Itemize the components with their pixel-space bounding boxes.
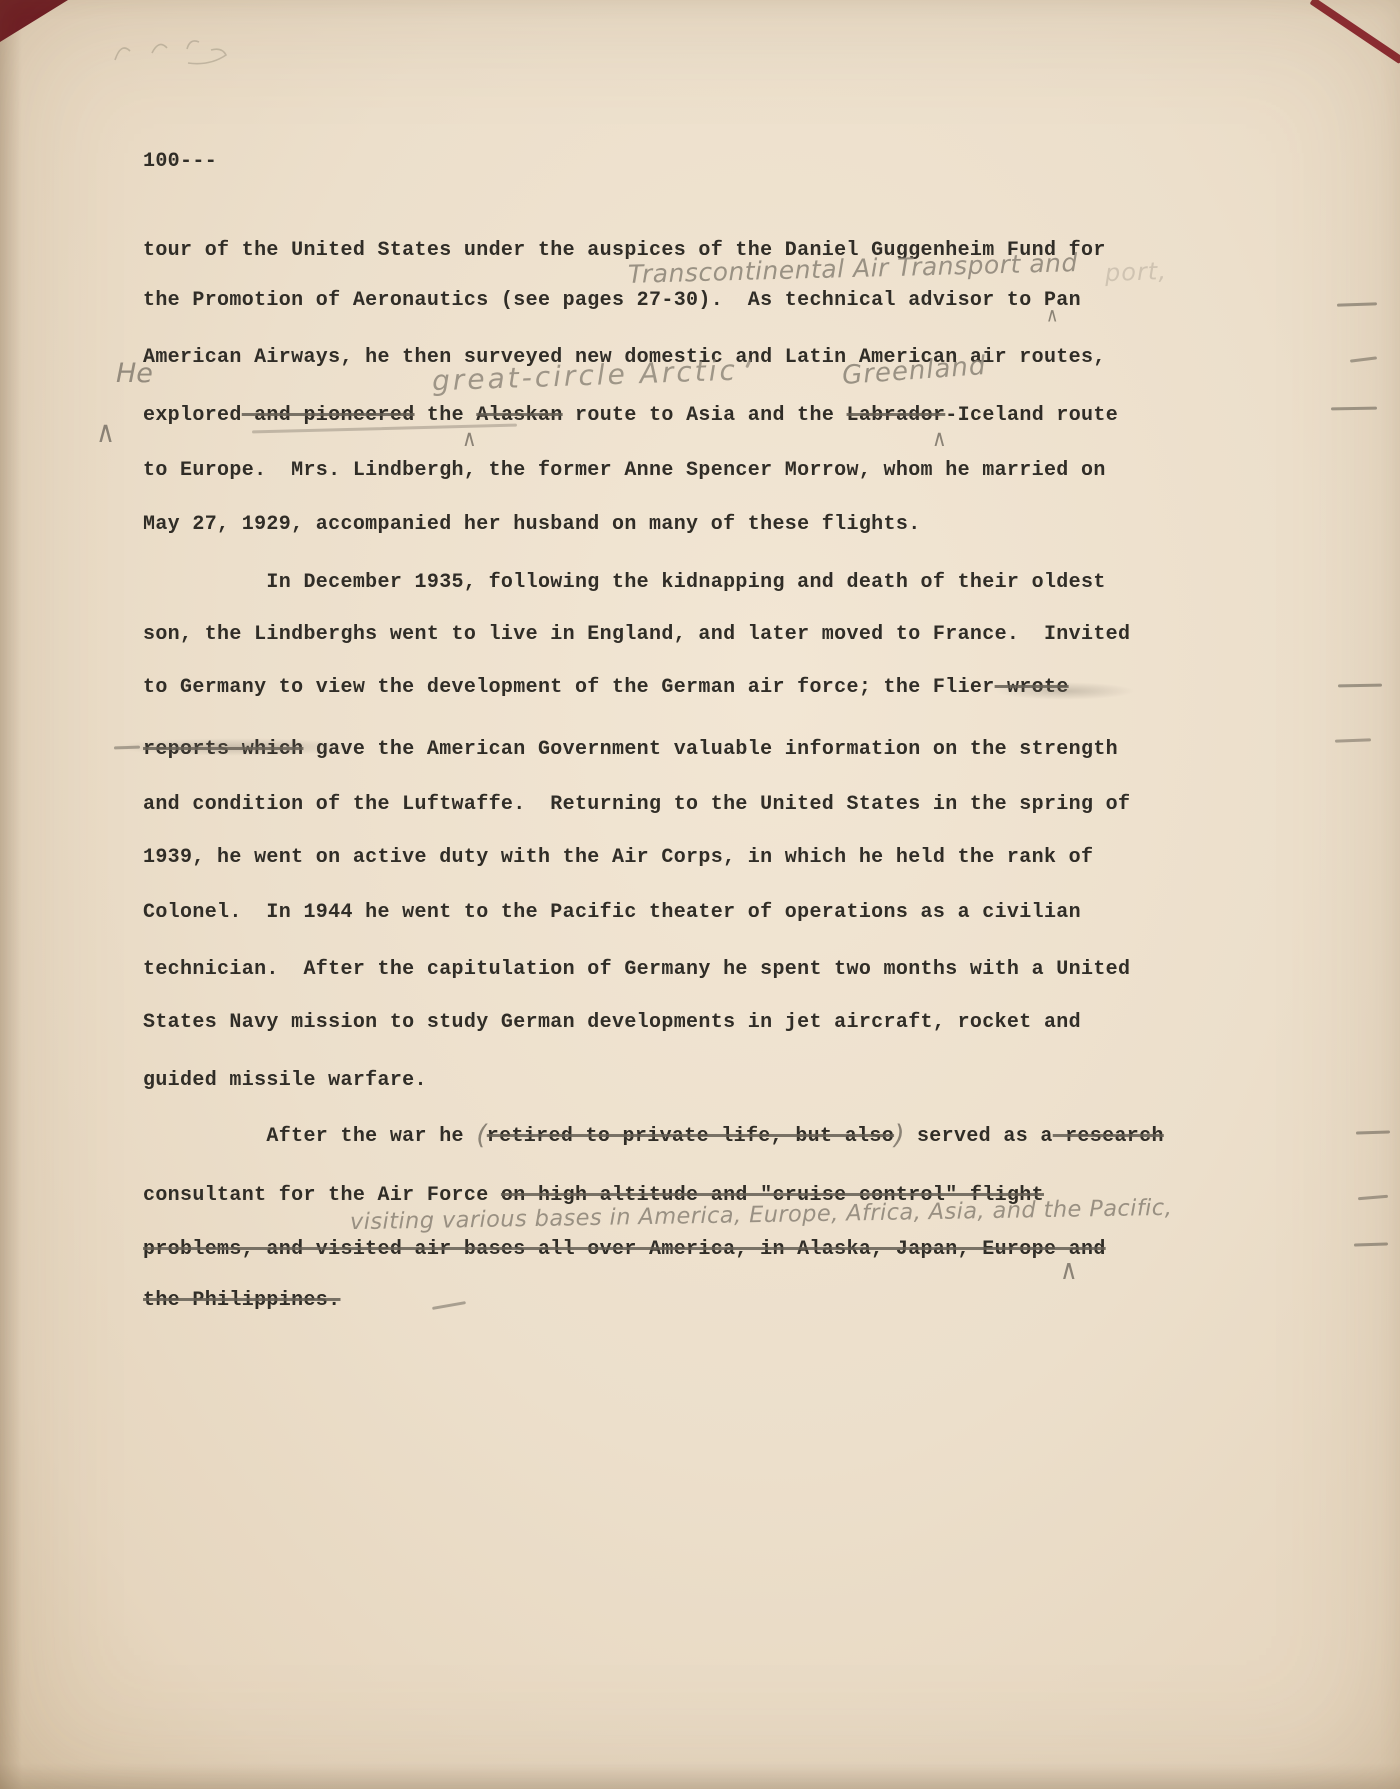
eraser-smudge [112,738,362,756]
typed-line: problems, and visited air bases all over… [143,1237,1106,1263]
typed-text: After the war he [143,1125,476,1148]
typed-text: son, the Lindberghs went to live in Engl… [143,623,1130,646]
insertion-caret: ∧ [462,427,477,450]
pencil-dash-mark [1338,684,1382,688]
typed-text: explored [143,404,242,427]
typed-line: guided missile warfare. [143,1068,427,1094]
album-corner-top-right [1310,0,1400,64]
insertion-caret: ∧ [932,427,947,450]
pencil-parenthesis: ( [476,1120,487,1151]
typed-line: In December 1935, following the kidnappi… [143,570,1106,596]
page-left-shadow [0,0,22,1789]
handwritten-annotation: port, [1105,259,1168,285]
page-number: 100--- [143,150,217,173]
handwritten-annotation: great-circle Arctic [432,357,739,396]
insertion-caret: ∧ [96,418,115,448]
typed-line: the Promotion of Aeronautics (see pages … [143,288,1081,314]
pencil-dash-mark [1358,1195,1388,1201]
typed-text: gave the American Government valuable in… [303,738,1118,761]
typed-text: -Iceland route [945,404,1118,427]
typed-text: In December 1935, following the kidnappi… [143,571,1106,594]
typed-text: and condition of the Luftwaffe. Returnin… [143,793,1130,816]
typed-line: Colonel. In 1944 he went to the Pacific … [143,900,1081,926]
struck-text: Labrador [847,404,946,427]
typed-text: route to Asia and the [563,404,847,427]
typed-line: States Navy mission to study German deve… [143,1010,1081,1036]
typed-line: the Philippines. [143,1288,340,1314]
eraser-smudge [995,682,1135,700]
typed-text: States Navy mission to study German deve… [143,1011,1081,1034]
typed-line: explored and pioneered the Alaskan route… [143,403,1118,429]
handwritten-annotation: He [116,360,153,387]
typed-text: consultant for the Air Force [143,1184,501,1207]
typed-text: the Promotion of Aeronautics (see pages … [143,289,1081,312]
pencil-parenthesis: ) [894,1120,905,1151]
pencil-dash-mark [1337,302,1377,306]
typed-text: served as a [905,1125,1053,1148]
typed-text: to Germany to view the development of th… [143,676,995,699]
pencil-dash-mark [1335,738,1371,742]
typed-text: guided missile warfare. [143,1069,427,1092]
typed-text: 1939, he went on active duty with the Ai… [143,846,1093,869]
typed-line: son, the Lindberghs went to live in Engl… [143,622,1130,648]
struck-text: problems, and visited air bases all over… [143,1238,1106,1261]
pencil-dash-mark [1331,407,1377,411]
typed-text: Colonel. In 1944 he went to the Pacific … [143,901,1081,924]
typed-text: technician. After the capitulation of Ge… [143,958,1130,981]
typed-line: and condition of the Luftwaffe. Returnin… [143,792,1130,818]
struck-text: retired to private life, but also [487,1125,894,1148]
typed-line: May 27, 1929, accompanied her husband on… [143,512,921,538]
pencil-dash-mark [1354,1242,1388,1246]
pencil-dash-mark [1356,1130,1390,1134]
typed-line: to Europe. Mrs. Lindbergh, the former An… [143,458,1106,484]
pencil-scribble [105,28,235,88]
pencil-dash-mark [432,1301,466,1310]
manuscript-page: 100--- tour of the United States under t… [0,0,1400,1789]
typed-text: May 27, 1929, accompanied her husband on… [143,513,921,536]
insertion-caret: ∧ [1060,1256,1078,1284]
insertion-caret: ∧ [1046,307,1058,327]
struck-text: the Philippines. [143,1289,340,1312]
typed-line: 1939, he went on active duty with the Ai… [143,845,1093,871]
struck-text: research [1053,1125,1164,1148]
typed-line: technician. After the capitulation of Ge… [143,957,1130,983]
typed-line: to Germany to view the development of th… [143,675,1069,701]
typed-text: to Europe. Mrs. Lindbergh, the former An… [143,459,1106,482]
struck-text: and pioneered [242,404,415,427]
page-bottom-shadow [0,1763,1400,1789]
typed-line: After the war he (retired to private lif… [143,1123,1164,1150]
pencil-dash-mark [1350,356,1377,362]
